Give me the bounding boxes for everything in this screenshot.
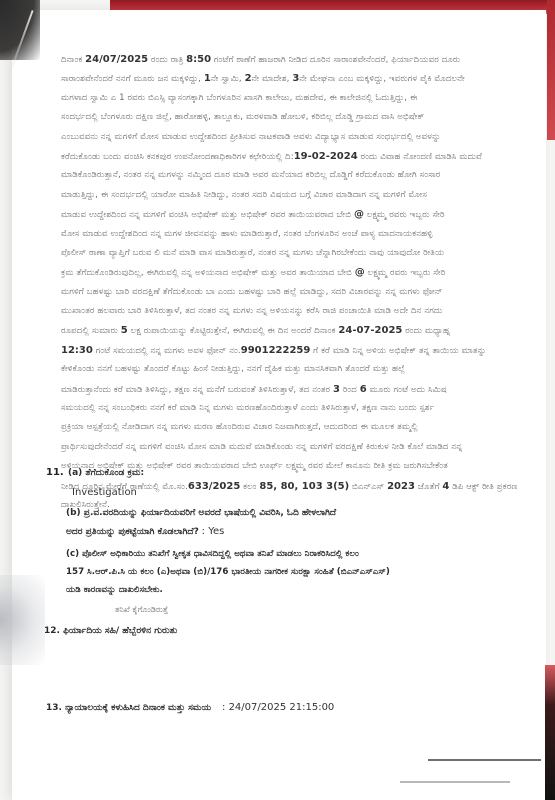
paragraph-line: ಮುಖಾಂತರ ಹಲವಾರು ಬಾರಿ ತಿಳಿಸಿರುತ್ತಾಳೆ, ತದ ನ… <box>61 302 531 321</box>
complaint-summary-paragraph: ದಿನಾಂಕ 24/07/2025 ರಂದು ರಾತ್ರಿ 8:50 ಗಂಟೆಗ… <box>61 50 531 515</box>
text-fragment: ಮಗಳಿಗೆ ಬಹಳಷ್ಟು ಬಾರಿ ವರದಕ್ಷಿಣೆ ತೆಗೆದುಕೊಂಡ… <box>61 287 442 297</box>
numeric-value: 1 <box>204 73 211 84</box>
paragraph-line: ಮಾಡುವ ಉದ್ದೇಶದಿಂದ ನನ್ನ ಮಗಳಿಗೆ ವಂಚಿಸಿ ಅಭಿಷ… <box>61 205 531 224</box>
section-11b-value: : Yes <box>202 526 225 537</box>
paragraph-line: 12:30 ಗಂಟೆ ಸಮಯದಲ್ಲಿ ನನ್ನ ಮಗಳು ಅವಳ ಫೋನ್ ನ… <box>61 341 531 360</box>
text-fragment: ರಂದು ವಿವಾಹ ನೋಂದಣಿ ಮಾಡಿಸಿ ಮದುವೆ <box>358 152 482 162</box>
numeric-value: 8:50 <box>186 54 211 65</box>
text-fragment: ನೇ ಸ್ವಾಮಿ, <box>211 74 245 84</box>
paragraph-line: ಕರೆದುಕೊಂಡು ಬಂದು ವಂಚಿಸಿ ಕನಕಪುರ ಉಪನೋಂದಣಾಧಿ… <box>61 147 531 166</box>
text-fragment: ಸಾರಾಂಶವೇನೆಂದರೆ ನನಗೆ ಮೂರು ಜನ ಮಕ್ಕಳಿದ್ದು, <box>61 74 204 84</box>
section-11a-label: (a) ತೆಗೆದುಕೊಂಡ ಕ್ರಮ: <box>68 468 144 478</box>
numeric-value: 2023 <box>387 481 415 492</box>
paragraph-line: ಮಾಡುತ್ತಿದ್ದು, ಈ ಸಂದರ್ಭದಲ್ಲಿ ಯಾರೋ ಮಾಹಿತಿ … <box>61 186 531 205</box>
paper-shadow <box>0 575 45 665</box>
numeric-value: 2 <box>245 73 252 84</box>
text-fragment: ಲಕ್ಷ್ಮಮ್ಮ ರವರು ಇಬ್ಬರು ಸೇರಿ <box>364 210 445 220</box>
section-12-label: 12. ಫಿರ್ಯಾದಿಯ ಸಹಿ/ ಹೆಬ್ಬೆರಳಿನ ಗುರುತು <box>44 626 177 636</box>
numeric-value: 12:30 <box>61 345 93 356</box>
section-13-value: : 24/07/2025 21:15:00 <box>222 702 334 713</box>
section-11c-line2: 157 ಸಿ.ಆರ್.ಪಿ.ಸಿ ಯ ಕಲಂ (ಎ)ಅಥವಾ (ಬಿ)/176 … <box>66 567 390 577</box>
text-fragment: ಮೂರು ಗಂಟೆ ಅದು ಸಿಮಿಷ <box>367 385 447 395</box>
text-fragment: ಲಕ್ಷ್ಮಮ್ಮ ರವರು ಇಬ್ಬರು ಸೇರಿ <box>365 268 446 278</box>
text-fragment: ಮಾಡಿರುತ್ತಾನೆಂದು ಕರೆ ಮಾಡಿ ತಿಳಿಸಿದ್ದು, ತಕ್… <box>61 385 333 395</box>
scan-artifact-line <box>400 781 510 783</box>
section-11b-row: ಅದರ ಪ್ರತಿಯನ್ನು ಪುಕಟ್ಟೆಯಾಗಿ ಕೊಡಲಾಗಿದೆ? : … <box>66 526 224 537</box>
numeric-value: @ <box>354 209 364 220</box>
text-fragment: ರಂದು ರಾತ್ರಿ <box>148 55 186 65</box>
paragraph-line: ಸಾರಾಂಶವೇನೆಂದರೆ ನನಗೆ ಮೂರು ಜನ ಮಕ್ಕಳಿದ್ದು, … <box>61 69 531 88</box>
numeric-value: 9901222259 <box>241 345 311 356</box>
section-11a-value: Investigation <box>72 487 137 498</box>
section-13-row: 13. ನ್ಯಾಯಾಲಯಕ್ಕೆ ಕಳುಹಿಸಿದ ದಿನಾಂಕ ಮತ್ತು ಸ… <box>46 702 334 713</box>
background-fabric-right-top <box>547 0 555 140</box>
text-fragment: ನೇ ಮೇಘನಾ ಎಂಬ ಮಕ್ಕಳಿದ್ದು, ಇವರುಗಳ ಪೈಕಿ ಮೊದ… <box>299 74 465 84</box>
text-fragment: ಕರೆದುಕೊಂಡು ಬಂದು ವಂಚಿಸಿ ಕನಕಪುರ ಉಪನೋಂದಣಾಧಿ… <box>61 152 294 162</box>
paragraph-line: ಕೇಳಿಕೊಂಡು ನನಗೆ ಬಹಳಷ್ಟು ತೊಂದರೆ ಕೊಟ್ಟು ಹಿಂ… <box>61 360 531 379</box>
section-11b-label-line1: (b) ಪ್ರ.ವ.ವರದಿಯನ್ನು ಫಿರ್ಯಾದಿಯವರಿಗೆ ಅವರದೆ… <box>66 508 336 518</box>
paragraph-line: ಮಾಡಿರುತ್ತಾನೆಂದು ಕರೆ ಮಾಡಿ ತಿಳಿಸಿದ್ದು, ತಕ್… <box>61 380 531 399</box>
text-fragment: ಬಿಎನ್ಎಸ್ <box>349 482 387 492</box>
text-fragment: ಮುಖಾಂತರ ಹಲವಾರು ಬಾರಿ ತಿಳಿಸಿರುತ್ತಾಳೆ, ತದ ನ… <box>61 306 442 316</box>
numeric-value: 3 <box>333 384 340 395</box>
text-fragment: ನೇ ಮಾದೇಶ, <box>252 74 293 84</box>
section-11c-line3: ಯಡಿ ಕಾರಣವನ್ನು ದಾಖಲಿಸಬೇಕು. <box>66 585 163 595</box>
text-fragment: ರಂದು ಮಧ್ಯಾಹ್ನ <box>402 326 450 336</box>
paragraph-line: ಸಂದರ್ಭದಲ್ಲಿ ಬೆಂಗಳೂರು ದಕ್ಷಿಣ ಜಿಲ್ಲೆ, ಹಾರೋ… <box>61 108 531 127</box>
paragraph-line: ಮಗಳಿಗೆ ಬಹಳಷ್ಟು ಬಾರಿ ವರದಕ್ಷಿಣೆ ತೆಗೆದುಕೊಂಡ… <box>61 283 531 302</box>
text-fragment: ಮಾಡುವ ಉದ್ದೇಶದಿಂದ ನನ್ನ ಮಗಳಿಗೆ ವಂಚಿಸಿ ಅಭಿಷ… <box>61 210 354 220</box>
text-fragment: ಮಾಡಿಕೊಂಡಿರುತ್ತಾನೆ, ನಂತರ ನನ್ನ ಮಗಳನ್ನು ನಮ್… <box>61 170 440 180</box>
paragraph-line: ಮಾಡಿಕೊಂಡಿರುತ್ತಾನೆ, ನಂತರ ನನ್ನ ಮಗಳನ್ನು ನಮ್… <box>61 166 531 185</box>
text-fragment: ರಿಂದ <box>340 385 360 395</box>
text-fragment: ಮಾಡುತ್ತಿದ್ದು, ಈ ಸಂದರ್ಭದಲ್ಲಿ ಯಾರೋ ಮಾಹಿತಿ … <box>61 190 427 200</box>
text-fragment: ಮಗಳಾದ ಸ್ವಾಮಿ ಎ 1 ರವರು ಬಿಎಸ್ಸಿ ವ್ಯಾಸಂಗಕ್ಕ… <box>61 93 417 103</box>
background-fabric-right <box>545 665 555 800</box>
text-fragment: ದಿನಾಂಕ <box>61 55 85 65</box>
paragraph-line: ರೂಪದಲ್ಲಿ ಸುಮಾರು 5 ಲಕ್ಷ ರುಪಾಯಿಯನ್ನು ಕೊಟ್ಟ… <box>61 321 531 340</box>
section-11b-label-line2: ಅದರ ಪ್ರತಿಯನ್ನು ಪುಕಟ್ಟೆಯಾಗಿ ಕೊಡಲಾಗಿದೆ? <box>66 527 199 537</box>
paragraph-line: ದಿನಾಂಕ 24/07/2025 ರಂದು ರಾತ್ರಿ 8:50 ಗಂಟೆಗ… <box>61 50 531 69</box>
numeric-value: 85, 80, 103 3(5) <box>259 481 349 492</box>
paragraph-line: ಪೊಲೀಸ್ ಠಾಣಾ ವ್ಯಾಪ್ತಿಗೆ ಬರುವ ಲಿ ಮನೆ ಮಾಡಿ … <box>61 244 531 263</box>
numeric-value: @ <box>355 267 365 278</box>
paragraph-line: ಪ್ರಕ್ರಿಯಾ ಆಸ್ಪತ್ರೆಯಲ್ಲಿ ನೋಡಿದಾಗ ನನ್ನ ಮಗಳ… <box>61 418 531 437</box>
paragraph-line: ಪ್ರಾರ್ಥಿಸುವುದೇನೆಂದರೆ ನನ್ನ ಮಗಳಿಗೆ ವಂಚಿಸಿ … <box>61 438 531 457</box>
numeric-value: 24/07/2025 <box>85 54 148 65</box>
paragraph-line: ಸಮಯದಲ್ಲಿ ನನ್ನ ಸಂಬಂಧಿಕರು ನನಗೆ ಕರೆ ಮಾಡಿ ನಿ… <box>61 399 531 418</box>
numeric-value: 5 <box>121 325 128 336</box>
paragraph-line: ಮೋಸ ಮಾಡುವ ಉದ್ದೇಶದಿಂದ ನನ್ನ ಮಗಳ ಜೀವನವನ್ನು … <box>61 225 531 244</box>
text-fragment: ಪ್ರಾರ್ಥಿಸುವುದೇನೆಂದರೆ ನನ್ನ ಮಗಳಿಗೆ ವಂಚಿಸಿ … <box>61 442 462 452</box>
numeric-value: 19-02-2024 <box>294 151 358 162</box>
section-11-number: 11. <box>46 467 64 478</box>
numeric-value: 24-07-2025 <box>338 325 402 336</box>
numeric-value: 6 <box>360 384 367 395</box>
text-fragment: ಸಂದರ್ಭದಲ್ಲಿ ಬೆಂಗಳೂರು ದಕ್ಷಿಣ ಜಿಲ್ಲೆ, ಹಾರೋ… <box>61 112 424 122</box>
background-dark-corner <box>0 0 40 60</box>
section-11c-note: ತನಿಖೆ ಕೈಗೊಂಡಿರುತ್ತೆ <box>115 605 168 615</box>
text-fragment: ರೂಪದಲ್ಲಿ ಸುಮಾರು <box>61 326 121 336</box>
text-fragment: ಕ್ರಮ ತೆಗೆದುಕೊಂಡಿರುವುದಿಲ್ಲ, ಈಗಿರುವಲ್ಲಿ ನನ… <box>61 268 355 278</box>
text-fragment: ಪ್ರಕ್ರಿಯಾ ಆಸ್ಪತ್ರೆಯಲ್ಲಿ ನೋಡಿದಾಗ ನನ್ನ ಮಗಳ… <box>61 422 418 432</box>
numeric-value: 633/2025 <box>188 481 240 492</box>
paragraph-line: ಕ್ರಮ ತೆಗೆದುಕೊಂಡಿರುವುದಿಲ್ಲ, ಈಗಿರುವಲ್ಲಿ ನನ… <box>61 263 531 282</box>
text-fragment: ಕೇಳಿಕೊಂಡು ನನಗೆ ಬಹಳಷ್ಟು ತೊಂದರೆ ಕೊಟ್ಟು ಹಿಂ… <box>61 364 405 374</box>
text-fragment: ಗಂಟೆ ಸಮಯದಲ್ಲಿ ನನ್ನ ಮಗಳು ಅವಳ ಫೋನ್ ನಂ. <box>93 346 241 356</box>
text-fragment: ಕಲಂ <box>240 482 259 492</box>
paragraph-line: ಮಗಳಾದ ಸ್ವಾಮಿ ಎ 1 ರವರು ಬಿಎಸ್ಸಿ ವ್ಯಾಸಂಗಕ್ಕ… <box>61 89 531 108</box>
text-fragment: ಸಮಯದಲ್ಲಿ ನನ್ನ ಸಂಬಂಧಿಕರು ನನಗೆ ಕರೆ ಮಾಡಿ ನಿ… <box>61 403 434 413</box>
text-fragment: ಎಂಬುವವನು ನನ್ನ ಮಗಳಿಗೆ ಮೋಸ ಮಾಡುವ ಉದ್ದೇಶದಿಂ… <box>61 132 441 142</box>
text-fragment: ಡಿಪಿ ಆಕ್ಟ್ ರೀತಿ ಪ್ರಕರಣ <box>449 482 517 492</box>
paragraph-line: ಎಂಬುವವನು ನನ್ನ ಮಗಳಿಗೆ ಮೋಸ ಮಾಡುವ ಉದ್ದೇಶದಿಂ… <box>61 128 531 147</box>
scan-artifact-line <box>428 759 541 761</box>
section-13-label: 13. ನ್ಯಾಯಾಲಯಕ್ಕೆ ಕಳುಹಿಸಿದ ದಿನಾಂಕ ಮತ್ತು ಸ… <box>46 703 211 713</box>
text-fragment: ಜೊತೆಗೆ <box>415 482 442 492</box>
section-number: 11. <box>46 467 64 478</box>
section-11c-line1: (c) ಪೊಲೀಸ್ ಅಧಿಕಾರಿಯು ತನಿಖೆಗೆ ಸ್ವೀಕೃತ ಧಾವ… <box>66 549 359 559</box>
text-fragment: ಗೆ ಕರೆ ಮಾಡಿ ನಿನ್ನ ಅಳಿಯ ಅಭಿಷೇಕ್ ತನ್ನ ತಾಯಿ… <box>310 346 486 356</box>
text-fragment: ಮೋಸ ಮಾಡುವ ಉದ್ದೇಶದಿಂದ ನನ್ನ ಮಗಳ ಜೀವನವನ್ನು … <box>61 229 433 239</box>
text-fragment: ಲಕ್ಷ ರುಪಾಯಿಯನ್ನು ಕೊಟ್ಟಿರುತ್ತೇನೆ, ಈಗಿರುವಲ… <box>128 326 339 336</box>
text-fragment: ಗಂಟೆಗೆ ಠಾಣೆಗೆ ಹಾಜರಾಗಿ ನೀಡಿದ ದೂರಿನ ಸಾರಾಂಶ… <box>211 55 460 65</box>
text-fragment: ಪೊಲೀಸ್ ಠಾಣಾ ವ್ಯಾಪ್ತಿಗೆ ಬರುವ ಲಿ ಮನೆ ಮಾಡಿ … <box>61 248 444 258</box>
